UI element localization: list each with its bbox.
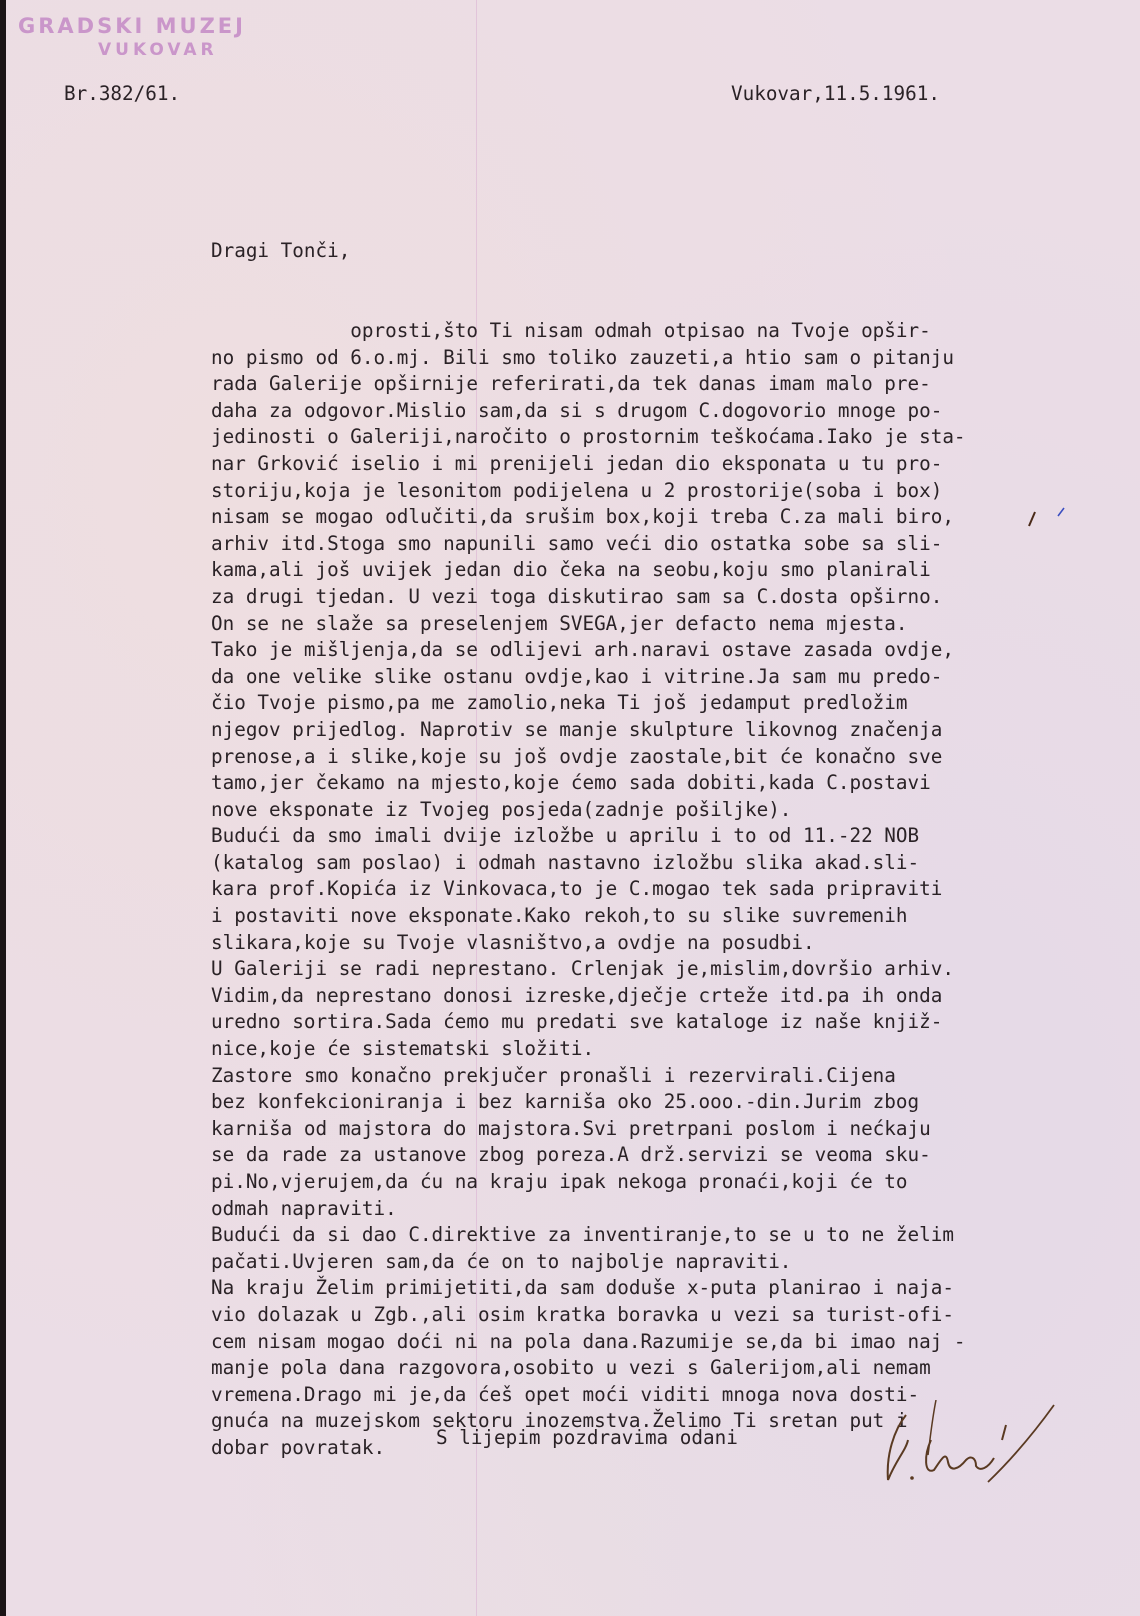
handwritten-signature — [876, 1400, 1066, 1490]
letter-line: pi.No,vjerujem,da ću na kraju ipak nekog… — [211, 1169, 966, 1196]
letter-line: Budući da si dao C.direktive za inventir… — [211, 1222, 966, 1249]
letter-line: i postaviti nove eksponate.Kako rekoh,to… — [211, 903, 966, 930]
letter-line: se da rade za ustanove zbog poreza.A drž… — [211, 1142, 966, 1169]
letter-line: On se ne slaže sa preselenjem SVEGA,jer … — [211, 611, 966, 638]
letter-line: slikara,koje su Tvoje vlasništvo,a ovdje… — [211, 930, 966, 957]
letter-line: cem nisam mogao doći ni na pola dana.Raz… — [211, 1329, 966, 1356]
letter-line: arhiv itd.Stoga smo napunili samo veći d… — [211, 531, 966, 558]
letterhead-stamp: GRADSKI MUZEJ VUKOVAR — [18, 14, 246, 60]
letter-line: pačati.Uvjeren sam,da će on to najbolje … — [211, 1249, 966, 1276]
letter-line: nar Grković iselio i mi prenijeli jedan … — [211, 451, 966, 478]
letter-line: za drugi tjedan. U vezi toga diskutirao … — [211, 584, 966, 611]
letter-line: uredno sortira.Sada ćemo mu predati sve … — [211, 1009, 966, 1036]
letter-line: oprosti,što Ti nisam odmah otpisao na Tv… — [211, 318, 966, 345]
brown-pen-mark — [1026, 508, 1040, 528]
letter-line: čio Tvoje pismo,pa me zamolio,neka Ti jo… — [211, 690, 966, 717]
letter-line: odmah napraviti. — [211, 1196, 966, 1223]
letter-line: kama,ali još uvijek jedan dio čeka na se… — [211, 557, 966, 584]
letter-line: nove eksponate iz Tvojeg posjeda(zadnje … — [211, 797, 966, 824]
letter-line: vremena.Drago mi je,da ćeš opet moći vid… — [211, 1382, 966, 1409]
place-date: Vukovar,11.5.1961. — [731, 82, 940, 105]
stamp-institution: GRADSKI MUZEJ — [18, 14, 246, 38]
letter-line: njegov prijedlog. Naprotiv se manje skul… — [211, 717, 966, 744]
blue-pen-mark — [1054, 500, 1074, 520]
letter-line: bez konfekcioniranja i bez karniša oko 2… — [211, 1089, 966, 1116]
letter-line: da one velike slike ostanu ovdje,kao i v… — [211, 664, 966, 691]
letter-line: Vidim,da neprestano donosi izreske,dječj… — [211, 983, 966, 1010]
letter-line: vio dolazak u Zgb.,ali osim kratka borav… — [211, 1302, 966, 1329]
closing-line: S lijepim pozdravima odani — [436, 1426, 738, 1449]
letter-line: Budući da smo imali dvije izložbe u apri… — [211, 823, 966, 850]
stamp-city: VUKOVAR — [98, 40, 246, 60]
salutation: Dragi Tonči, — [211, 239, 350, 262]
letter-body: oprosti,što Ti nisam odmah otpisao na Tv… — [211, 318, 966, 1462]
letter-line: prenose,a i slike,koje su još ovdje zaos… — [211, 744, 966, 771]
letter-line: manje pola dana razgovora,osobito u vezi… — [211, 1355, 966, 1382]
letter-line: nice,koje će sistematski složiti. — [211, 1036, 966, 1063]
reference-number: Br.382/61. — [64, 82, 180, 105]
letter-line: (katalog sam poslao) i odmah nastavno iz… — [211, 850, 966, 877]
letter-line: tamo,jer čekamo na mjesto,koje ćemo sada… — [211, 770, 966, 797]
letter-line: kara prof.Kopića iz Vinkovaca,to je C.mo… — [211, 876, 966, 903]
letter-line: Na kraju Želim primijetiti,da sam doduše… — [211, 1275, 966, 1302]
letter-line: rada Galerije opširnije referirati,da te… — [211, 371, 966, 398]
letter-line: daha za odgovor.Mislio sam,da si s drugo… — [211, 398, 966, 425]
letter-line: nisam se mogao odlučiti,da srušim box,ko… — [211, 504, 966, 531]
letter-line: Tako je mišljenja,da se odlijevi arh.nar… — [211, 637, 966, 664]
letter-page: GRADSKI MUZEJ VUKOVAR Br.382/61. Vukovar… — [6, 0, 1140, 1616]
letter-line: Zastore smo konačno prekjučer pronašli i… — [211, 1063, 966, 1090]
letter-line: no pismo od 6.o.mj. Bili smo toliko zauz… — [211, 345, 966, 372]
letter-line: U Galeriji se radi neprestano. Crlenjak … — [211, 956, 966, 983]
letter-line: storiju,koja je lesonitom podijelena u 2… — [211, 478, 966, 505]
letter-line: jedinosti o Galeriji,naročito o prostorn… — [211, 424, 966, 451]
letter-line: karniša od majstora do majstora.Svi pret… — [211, 1116, 966, 1143]
